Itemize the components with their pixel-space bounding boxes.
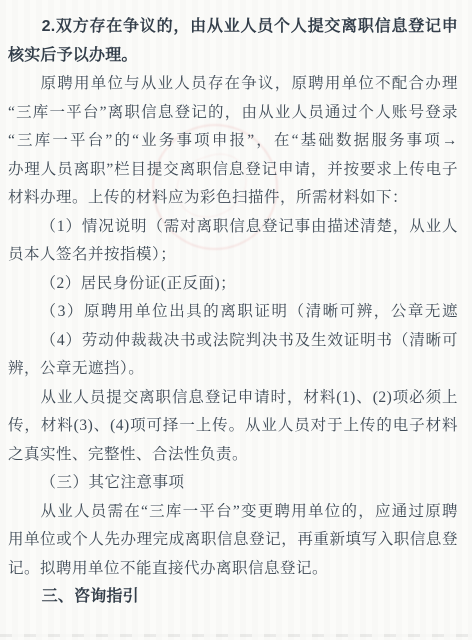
- text-line: （2）居民身份证(正反面)；: [8, 270, 458, 299]
- text-line: 记。拟聘用单位不能直接代办离职信息登记。: [8, 555, 458, 584]
- document-body: 2.双方存在争议的，由从业人员个人提交离职信息登记申请，核实后予以办理。原聘用单…: [8, 13, 458, 612]
- scanned-document-page: 2.双方存在争议的，由从业人员个人提交离职信息登记申请，核实后予以办理。原聘用单…: [0, 0, 472, 640]
- text-line: （三）其它注意事项: [8, 469, 458, 498]
- text-line: 从业人员需在“三库一平台”变更聘用单位的，应通过原聘: [8, 498, 458, 527]
- text-line: （4）劳动仲裁裁决书或法院判决书及生效证明书（清晰可: [8, 327, 458, 356]
- text-line: “三库一平台”离职信息登记的，由从业人员通过个人账号登录: [8, 99, 458, 128]
- text-line: 员本人签名并按指模）；: [8, 241, 458, 270]
- text-line: 办理人员离职”栏目提交离职信息登记申请，并按要求上传电子: [8, 156, 458, 185]
- text-line: 用单位或个人先办理完成离职信息登记，再重新填写入职信息登: [8, 526, 458, 555]
- text-line: （3）原聘用单位出具的离职证明（清晰可辨，公章无遮挡）;: [8, 298, 458, 327]
- text-line: 从业人员提交离职信息登记申请时，材料(1)、(2)项必须上: [8, 384, 458, 413]
- text-line: 核实后予以办理。: [8, 42, 458, 71]
- text-line: 辨，公章无遮挡）。: [8, 355, 458, 384]
- text-line: 传，材料(3)、(4)项可择一上传。从业人员对于上传的电子材料: [8, 412, 458, 441]
- text-line: 2.双方存在争议的，由从业人员个人提交离职信息登记申请，: [8, 13, 458, 42]
- text-line: （1）情况说明（需对离职信息登记事由描述清楚，从业人: [8, 213, 458, 242]
- text-line: “三库一平台”的“业务事项申报”，在“基础数据服务事项→: [8, 127, 458, 156]
- text-line: 材料办理。上传的材料应为彩色扫描件，所需材料如下：: [8, 184, 458, 213]
- scan-edge-artifact: [0, 634, 472, 637]
- text-line: 原聘用单位与从业人员存在争议，原聘用单位不配合办理: [8, 70, 458, 99]
- text-line: 之真实性、完整性、合法性负责。: [8, 441, 458, 470]
- text-line: 三、咨询指引: [8, 583, 458, 612]
